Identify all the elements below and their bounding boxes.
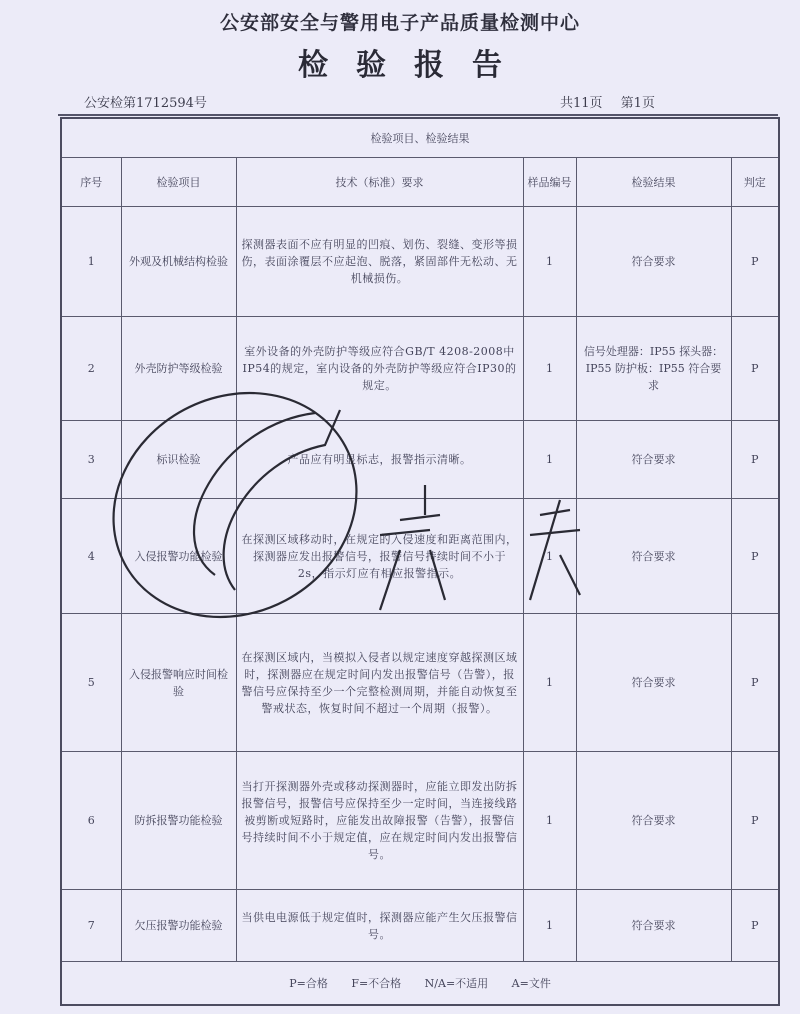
cell-result: 符合要求	[576, 421, 731, 499]
cell-requirement: 当打开探测器外壳或移动探测器时，应能立即发出防拆报警信号，报警信号应保持至少一定…	[236, 752, 523, 890]
table-row: 5入侵报警响应时间检验在探测区域内，当模拟入侵者以规定速度穿越探测区域时，探测器…	[61, 614, 779, 752]
cell-no: 3	[61, 421, 121, 499]
organization-name: 公安部安全与警用电子产品质量检测中心	[0, 8, 800, 35]
cell-no: 2	[61, 317, 121, 421]
cell-sample: 1	[523, 207, 576, 317]
inspection-table: 检验项目、检验结果 序号 检验项目 技术（标准）要求 样品编号 检验结果 判定 …	[60, 117, 780, 1006]
cell-result: 信号处理器：IP55 探头器：IP55 防护板：IP55 符合要求	[576, 317, 731, 421]
cell-verdict: P	[731, 207, 779, 317]
col-header-result: 检验结果	[576, 158, 731, 207]
cell-result: 符合要求	[576, 614, 731, 752]
cell-sample: 1	[523, 317, 576, 421]
header-divider	[58, 114, 778, 116]
section-title: 检验项目、检验结果	[61, 118, 779, 158]
col-header-verdict: 判定	[731, 158, 779, 207]
report-title: 检验报告	[0, 40, 800, 84]
cell-result: 符合要求	[576, 499, 731, 614]
cell-item: 入侵报警响应时间检验	[121, 614, 236, 752]
cell-item: 欠压报警功能检验	[121, 890, 236, 962]
cell-no: 5	[61, 614, 121, 752]
column-header-row: 序号 检验项目 技术（标准）要求 样品编号 检验结果 判定	[61, 158, 779, 207]
col-header-item: 检验项目	[121, 158, 236, 207]
table-row: 2外壳防护等级检验室外设备的外壳防护等级应符合GB/T 4208-2008中IP…	[61, 317, 779, 421]
cell-sample: 1	[523, 421, 576, 499]
cell-item: 标识检验	[121, 421, 236, 499]
col-header-requirement: 技术（标准）要求	[236, 158, 523, 207]
cell-verdict: P	[731, 421, 779, 499]
cell-no: 7	[61, 890, 121, 962]
cell-result: 符合要求	[576, 890, 731, 962]
cell-requirement: 探测器表面不应有明显的凹痕、划伤、裂缝、变形等损伤，表面涂覆层不应起泡、脱落，紧…	[236, 207, 523, 317]
cell-no: 1	[61, 207, 121, 317]
page-info: 共11页 第1页	[560, 92, 655, 111]
cell-verdict: P	[731, 614, 779, 752]
cell-verdict: P	[731, 499, 779, 614]
cell-sample: 1	[523, 499, 576, 614]
verdict-legend: P=合格 F=不合格 N/A=不适用 A=文件	[61, 962, 779, 1006]
cell-sample: 1	[523, 752, 576, 890]
cell-verdict: P	[731, 890, 779, 962]
cell-result: 符合要求	[576, 207, 731, 317]
col-header-no: 序号	[61, 158, 121, 207]
cell-no: 4	[61, 499, 121, 614]
cell-sample: 1	[523, 890, 576, 962]
col-header-sample: 样品编号	[523, 158, 576, 207]
cell-result: 符合要求	[576, 752, 731, 890]
report-number: 公安检第1712594号	[84, 92, 207, 111]
cell-item: 外观及机械结构检验	[121, 207, 236, 317]
table-row: 3标识检验产品应有明显标志，报警指示清晰。1符合要求P	[61, 421, 779, 499]
cell-requirement: 在探测区域移动时，在规定的入侵速度和距离范围内，探测器应发出报警信号，报警信号持…	[236, 499, 523, 614]
cell-requirement: 室外设备的外壳防护等级应符合GB/T 4208-2008中IP54的规定，室内设…	[236, 317, 523, 421]
cell-requirement: 当供电电源低于规定值时，探测器应能产生欠压报警信号。	[236, 890, 523, 962]
cell-verdict: P	[731, 752, 779, 890]
cell-item: 防拆报警功能检验	[121, 752, 236, 890]
cell-item: 外壳防护等级检验	[121, 317, 236, 421]
cell-verdict: P	[731, 317, 779, 421]
cell-no: 6	[61, 752, 121, 890]
cell-requirement: 在探测区域内，当模拟入侵者以规定速度穿越探测区域时，探测器应在规定时间内发出报警…	[236, 614, 523, 752]
table-row: 1外观及机械结构检验探测器表面不应有明显的凹痕、划伤、裂缝、变形等损伤，表面涂覆…	[61, 207, 779, 317]
cell-item: 入侵报警功能检验	[121, 499, 236, 614]
table-row: 7欠压报警功能检验当供电电源低于规定值时，探测器应能产生欠压报警信号。1符合要求…	[61, 890, 779, 962]
cell-sample: 1	[523, 614, 576, 752]
table-row: 4入侵报警功能检验在探测区域移动时，在规定的入侵速度和距离范围内，探测器应发出报…	[61, 499, 779, 614]
table-row: 6防拆报警功能检验当打开探测器外壳或移动探测器时，应能立即发出防拆报警信号，报警…	[61, 752, 779, 890]
cell-requirement: 产品应有明显标志，报警指示清晰。	[236, 421, 523, 499]
